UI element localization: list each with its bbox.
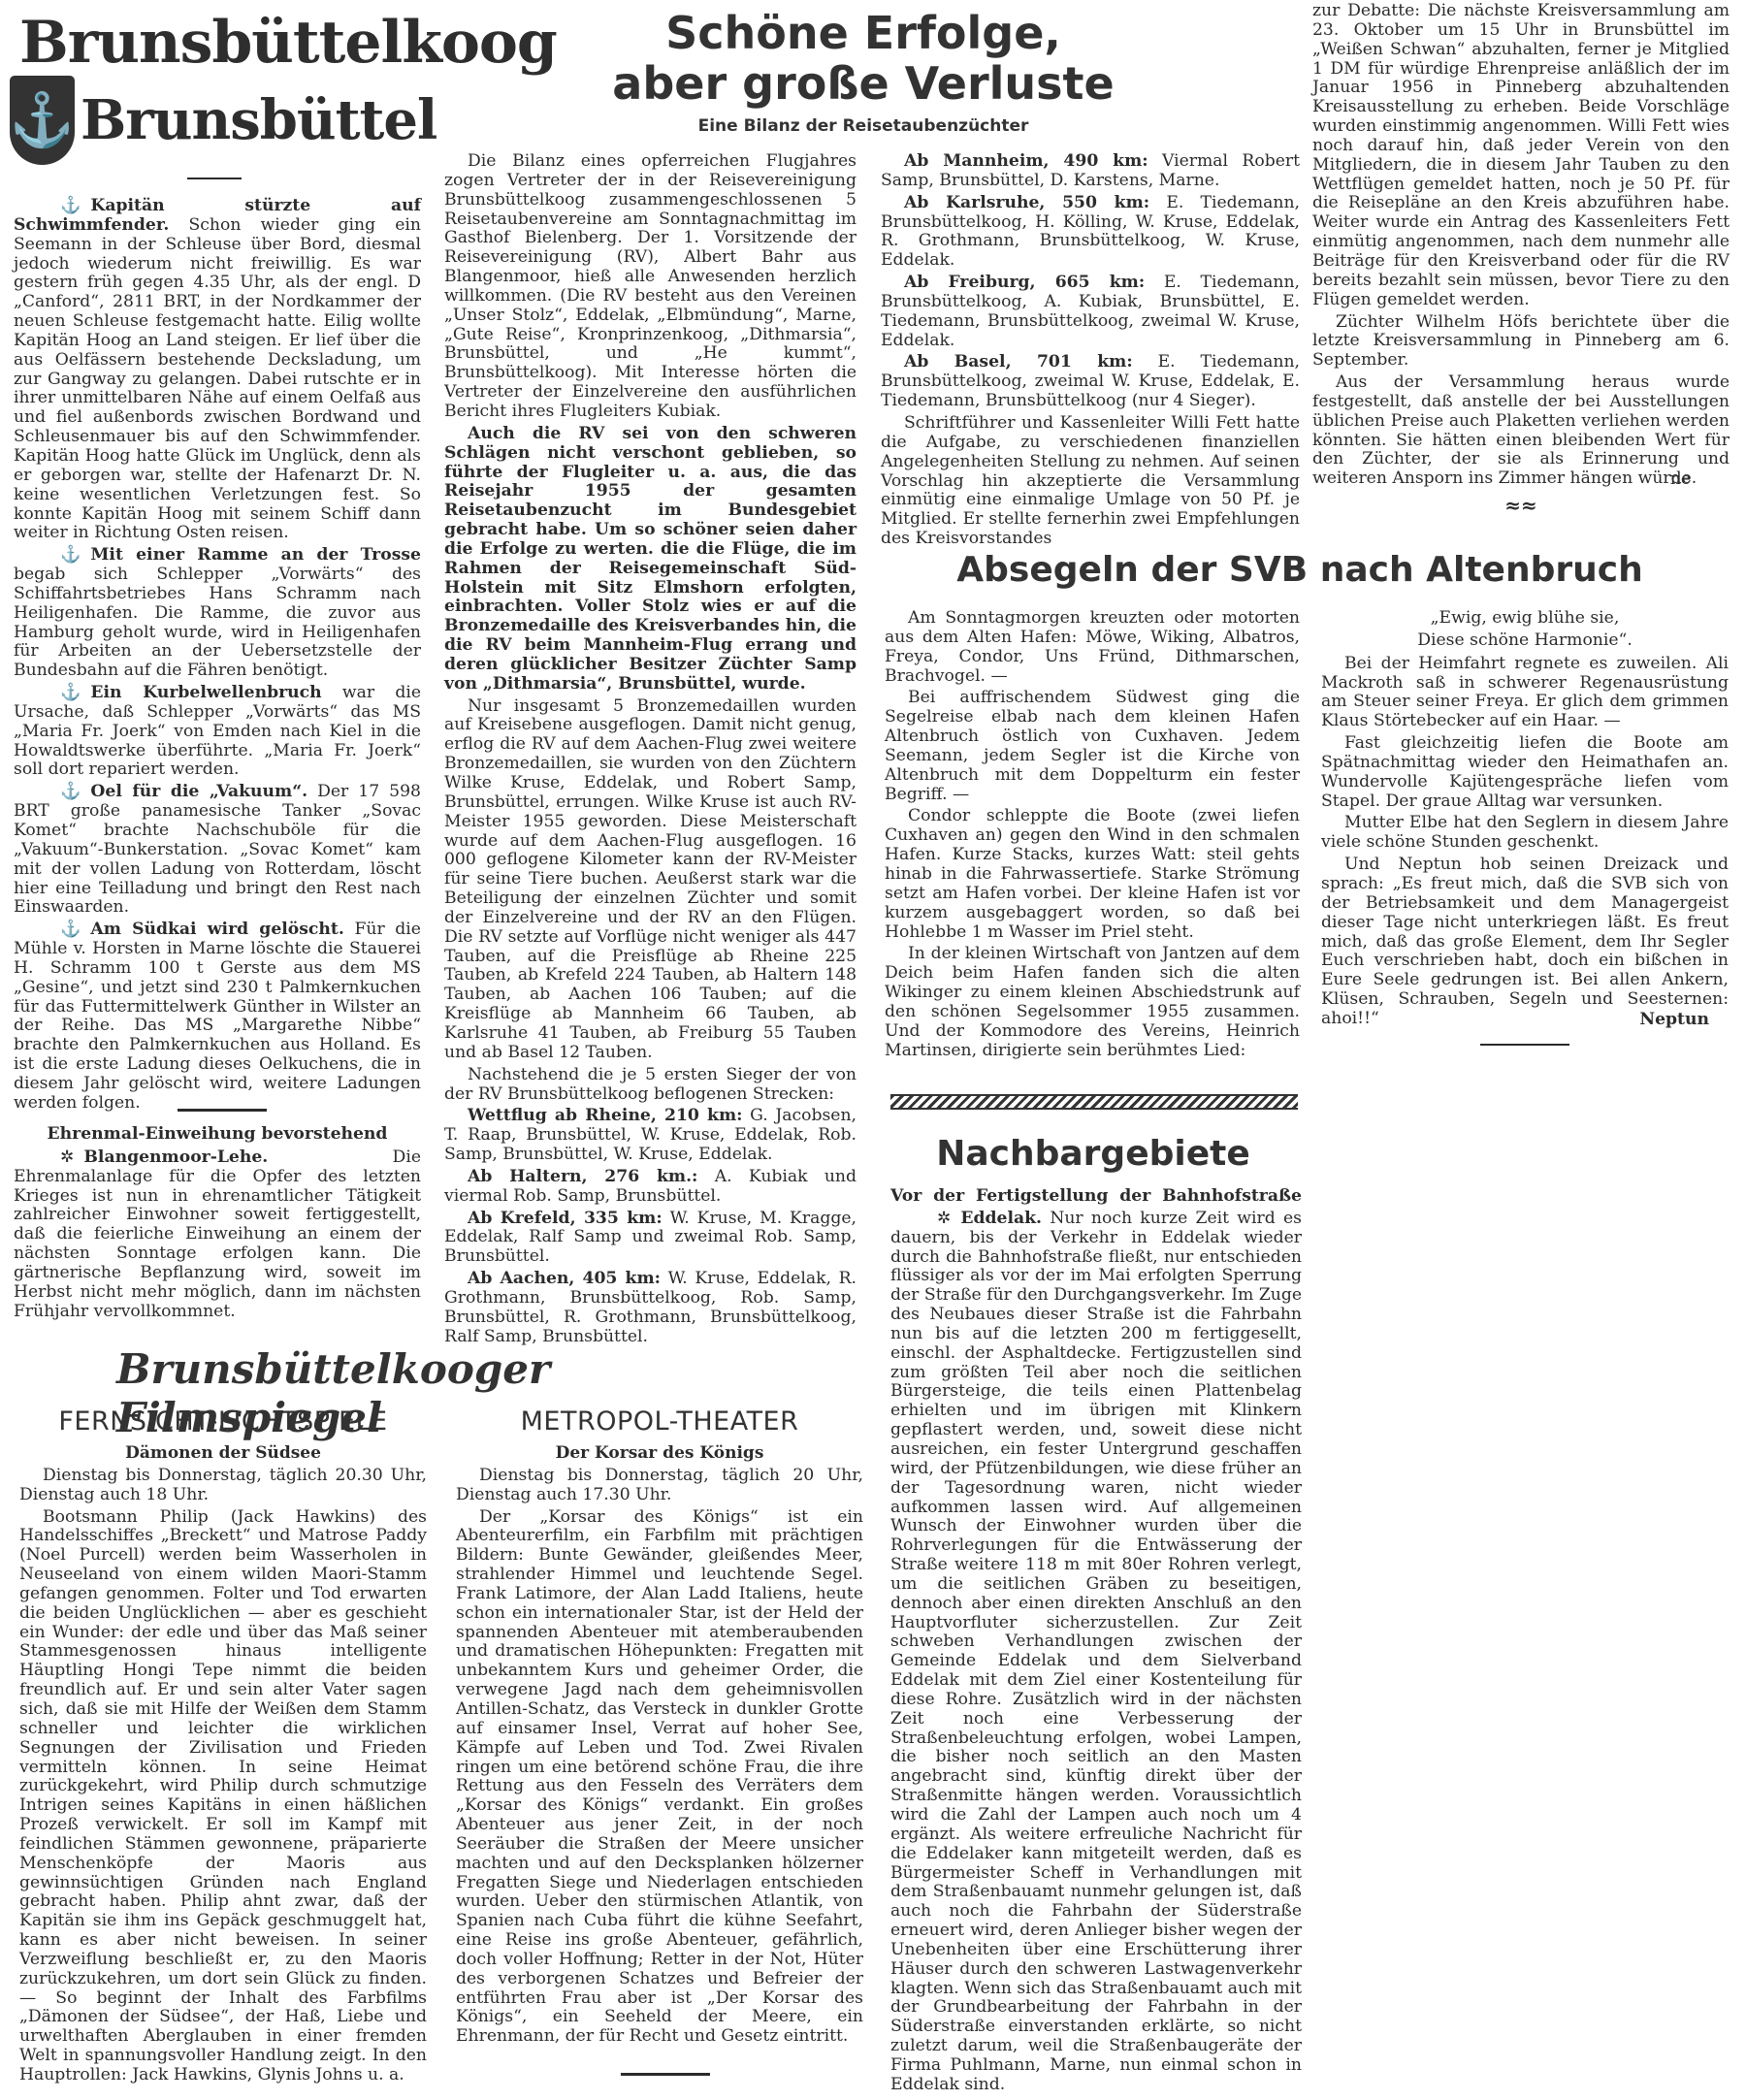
film-title: Dämonen der Südsee [19,1444,427,1464]
news-item-text: begab sich Schlepper „Vorwärts“ des Schi… [14,565,421,680]
pigeon-column-c: zur Debatte: Die nächste Kreisversammlun… [1312,2,1730,513]
sailing-column-left: Am Sonntagmorgen kreuzten oder motorten … [885,609,1300,1060]
film-schedule: Dienstag bis Donnerstag, täglich 20 Uhr,… [456,1467,863,1505]
verse-line: „Ewig, ewig blühe sie, [1321,609,1729,629]
ehrenmal-lead: Blangenmoor-Lehe. [83,1147,268,1167]
anchor-icon: ⚓ [37,921,81,940]
pigeon-paragraph: Nachstehend die je 5 ersten Sieger der v… [444,1066,857,1105]
masthead: Brunsbüttelkoog ⚓ Brunsbüttel [19,12,427,157]
result-route: Ab Karlsruhe, 550 km: [904,193,1149,212]
result-row: Ab Krefeld, 335 km: W. Kruse, M. Kragge,… [444,1210,857,1268]
anchor-crest-icon: ⚓ [10,76,75,165]
pigeon-paragraph: Nur insgesamt 5 Bronzemedaillen wurden a… [444,697,857,1063]
section-divider [1480,1044,1569,1046]
pigeon-column-a: Die Bilanz eines opferreichen Flugjahres… [444,152,857,1346]
anchor-icon: ⚓ [37,197,81,216]
result-row: Ab Aachen, 405 km: W. Kruse, Eddelak, R.… [444,1270,857,1346]
star-icon: ✲ [914,1210,951,1229]
result-route: Ab Freiburg, 665 km: [904,273,1145,292]
news-item: ⚓Mit einer Ramme an der Trosse begab sic… [14,546,421,681]
result-row: Ab Mannheim, 490 km: Viermal Robert Samp… [881,152,1300,191]
pigeon-headline-line1: Schöne Erfolge, [524,8,1203,58]
sailing-paragraph: Condor schleppte die Boote (zwei liefen … [885,807,1300,942]
sailing-paragraph: Fast gleichzeitig liefen die Boote am Sp… [1321,734,1729,811]
result-route: Ab Basel, 701 km: [904,352,1133,372]
neighbors-lead: Eddelak. [960,1209,1042,1228]
pigeon-paragraph: Die Bilanz eines opferreichen Flugjahres… [444,152,857,422]
ehrenmal-headline: Ehrenmal-Einweihung bevorstehend [14,1125,421,1145]
news-item-text: Der 17 598 BRT große panamesische Tanker… [14,782,421,917]
result-route: Ab Mannheim, 490 km: [904,151,1148,171]
ehrenmal-body: ✲Blangenmoor-Lehe. Die Ehrenmalanlage fü… [14,1148,421,1322]
neighbors-section-title: Nachbargebiete [885,1133,1302,1176]
news-item-lead: Am Südkai wird gelöscht. [90,920,343,939]
sailing-signature: Neptun [1321,1011,1729,1030]
ehrenmal-article: Ehrenmal-Einweihung bevorstehend ✲Blange… [14,1125,421,1321]
ehrenmal-text: Die Ehrenmalanlage für die Opfer des let… [14,1147,421,1321]
news-item: ⚓Am Südkai wird gelöscht. Für die Mühle … [14,921,421,1113]
film-description: Der „Korsar des Königs“ ist ein Abenteur… [456,1508,863,2048]
result-route: Ab Krefeld, 335 km: [468,1209,663,1228]
braid-ornament-divider [890,1094,1298,1110]
sailing-paragraph: In der kleinen Wirtschaft von Jantzen au… [885,945,1300,1060]
pigeon-column-b: Ab Mannheim, 490 km: Viermal Robert Samp… [881,152,1300,549]
pigeon-paragraph: zur Debatte: Die nächste Kreisversammlun… [1312,2,1730,310]
sailing-paragraph: Mutter Elbe hat den Seglern in diesem Ja… [1321,814,1729,853]
news-item: ⚓Kapitän stürzte auf Schwimmfender. Scho… [14,197,421,543]
news-item-text: Für die Mühle v. Horsten in Marne löscht… [14,920,421,1113]
film-description: Bootsmann Philip (Jack Hawkins) des Hand… [19,1508,427,2085]
section-divider [621,2073,710,2076]
result-row: Ab Basel, 701 km: E. Tiedemann, Brunsbüt… [881,353,1300,411]
result-route: Ab Aachen, 405 km: [468,1269,661,1288]
neighbors-body: ✲Eddelak. Nur noch kurze Zeit wird es da… [890,1210,1302,2095]
anchor-icon: ⚓ [37,783,81,802]
film-schedule: Dienstag bis Donnerstag, täglich 20.30 U… [19,1467,427,1505]
result-row: Wettflug ab Rheine, 210 km: G. Jacobsen,… [444,1107,857,1165]
news-item-lead: Mit einer Ramme an der Trosse [90,545,421,565]
news-item: ⚓Oel für die „Vakuum“. Der 17 598 BRT gr… [14,783,421,918]
cinema-metropol: METROPOL-THEATER Der Korsar des Königs D… [456,1406,863,2047]
sailing-paragraph: Bei der Heimfahrt regnete es zuweilen. A… [1321,655,1729,731]
pigeon-paragraph: Schriftführer und Kassenleiter Willi Fet… [881,414,1300,549]
result-route: Ab Haltern, 276 km.: [468,1167,697,1186]
result-row: Ab Haltern, 276 km.: A. Kubiak und vierm… [444,1168,857,1207]
sailing-headline: Absegeln der SVB nach Altenbruch [892,549,1707,592]
news-item-text: Schon wieder ging ein Seemann in der Sch… [14,215,421,543]
verse-line: Diese schöne Harmonie“. [1321,631,1729,651]
masthead-title-brunsbuettelkoog: Brunsbüttelkoog [19,12,427,74]
pigeon-subheadline: Eine Bilanz der Reisetaubenzüchter [524,116,1203,136]
wave-ornament-icon: ≈≈ [1312,498,1730,513]
anchor-icon: ⚓ [37,684,81,703]
film-title: Der Korsar des Königs [456,1444,863,1464]
star-icon: ✲ [37,1148,74,1168]
cinema-name: METROPOL-THEATER [456,1406,863,1437]
section-divider [178,1109,267,1112]
harbor-news-column: ⚓Kapitän stürzte auf Schwimmfender. Scho… [14,197,421,1114]
sailing-paragraph: Bei auffrischendem Südwest ging die Sege… [885,689,1300,804]
news-item-lead: Oel für die „Vakuum“. [90,782,307,801]
result-row: Ab Freiburg, 665 km: E. Tiedemann, Bruns… [881,274,1300,350]
pigeon-headline-line2: aber große Verluste [524,58,1203,109]
neighbors-text: Nur noch kurze Zeit wird es dauern, bis … [890,1209,1302,2094]
cinema-fernsicht: FERNSICHT-LICHTSPIELE Dämonen der Südsee… [19,1406,427,2085]
masthead-divider [187,178,242,179]
cinema-name: FERNSICHT-LICHTSPIELE [19,1406,427,1437]
result-route: Wettflug ab Rheine, 210 km: [468,1106,743,1125]
masthead-title-brunsbuettel: Brunsbüttel [81,91,436,149]
song-verse: „Ewig, ewig blühe sie, Diese schöne Harm… [1321,609,1729,651]
news-item: ⚓Ein Kurbelwellenbruch war die Ursache, … [14,684,421,780]
sailing-paragraph: Am Sonntagmorgen kreuzten oder motorten … [885,609,1300,686]
pigeon-paragraph-bold: Auch die RV sei von den schweren Schläge… [444,425,857,695]
pigeon-paragraph: Aus der Versammlung heraus wurde festges… [1312,373,1730,489]
result-row: Ab Karlsruhe, 550 km: E. Tiedemann, Brun… [881,194,1300,271]
pigeon-paragraph: Züchter Wilhelm Höfs berichtete über die… [1312,313,1730,372]
neighbors-article: Vor der Fertigstellung der Bahnhofstraße… [890,1187,1302,2095]
pigeon-headline: Schöne Erfolge, aber große Verluste [524,8,1203,109]
sailing-paragraph: Und Neptun hob seinen Dreizack und sprac… [1321,856,1729,1029]
news-item-lead: Ein Kurbelwellenbruch [90,683,321,702]
anchor-icon: ⚓ [37,546,81,565]
sailing-column-right: „Ewig, ewig blühe sie, Diese schöne Harm… [1321,609,1729,1046]
neighbors-headline: Vor der Fertigstellung der Bahnhofstraße [890,1187,1302,1207]
